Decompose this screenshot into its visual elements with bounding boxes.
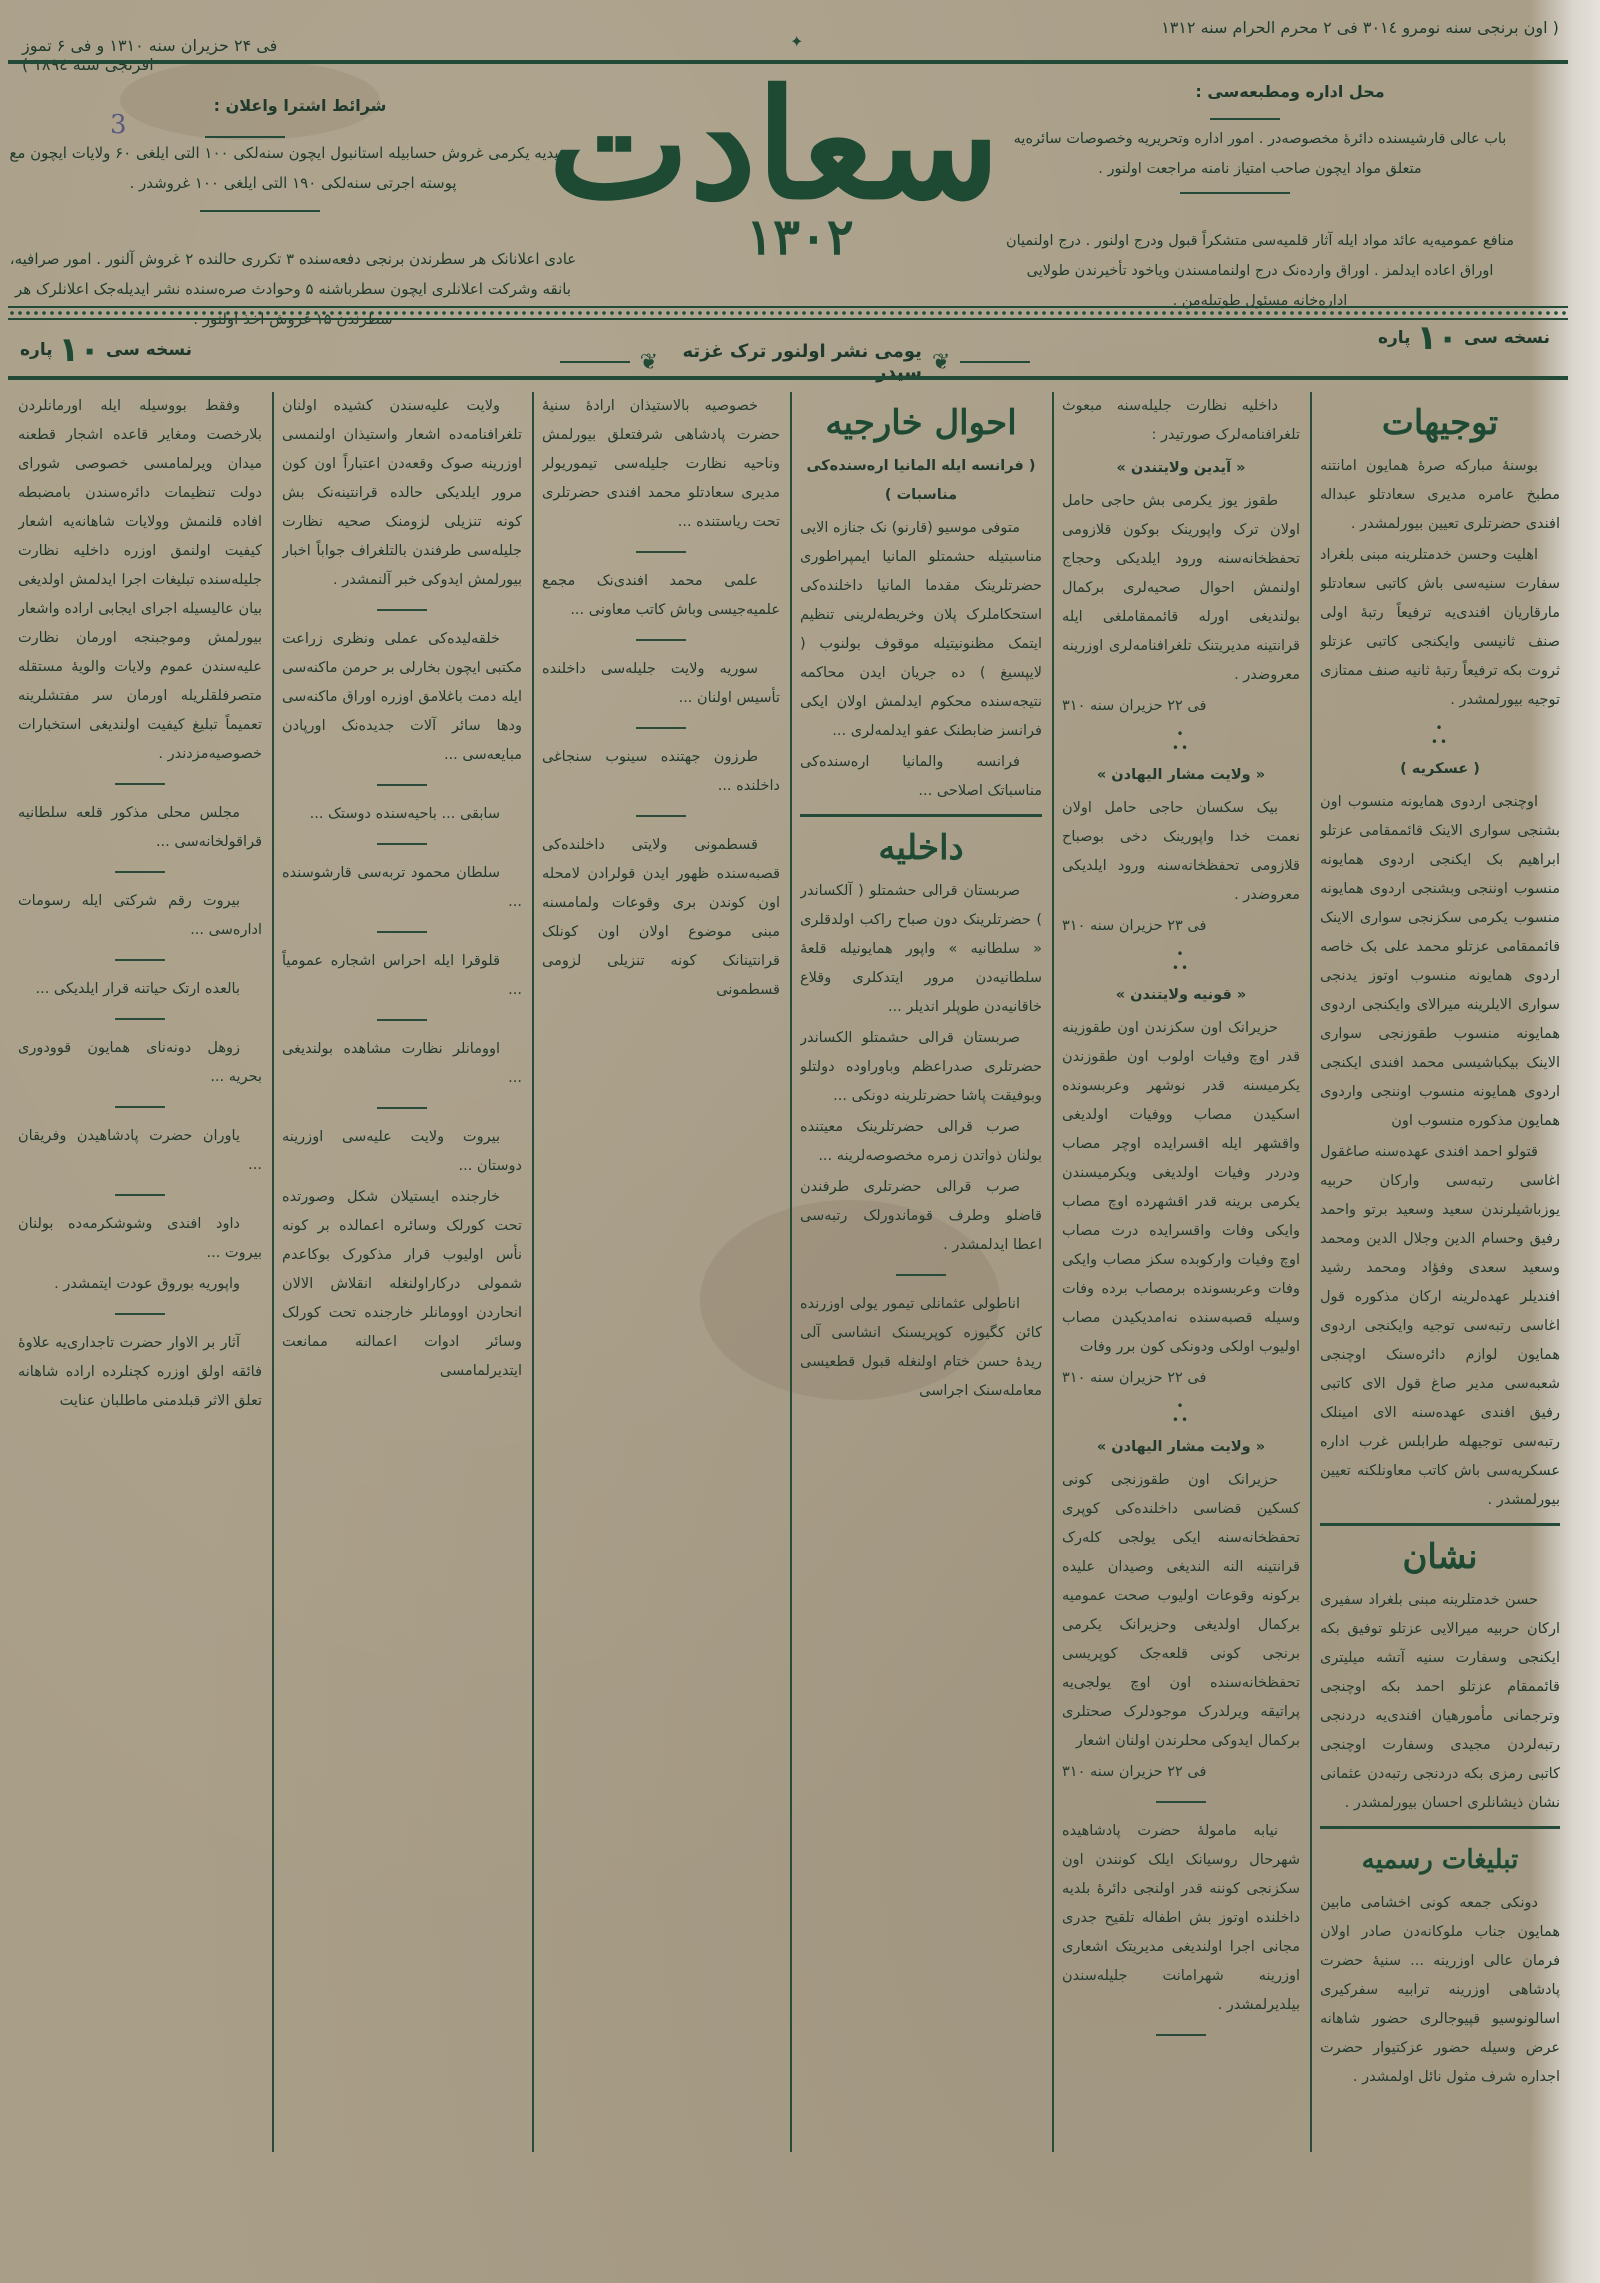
floral-ornament-icon: ❦: [640, 350, 658, 375]
date-line-gregorian: فی ۲۴ حزیران سنه ۱۳۱۰ و فی ۶ تموز افرنجی…: [22, 36, 292, 74]
administration-address: باب عالی قارشیسنده دائرهٔ مخصوصه‌در . ام…: [1000, 124, 1520, 184]
subheading-province: « ولایت مشار الیهادن »: [1062, 761, 1300, 790]
newspaper-name: سعادت: [600, 60, 1000, 230]
section-rule: [800, 814, 1042, 817]
column-divider: [1052, 392, 1054, 2152]
submission-policy: منافع عمومیه‌یه عائد مواد ایله آثار قلمی…: [1000, 226, 1520, 316]
divider: [115, 1018, 165, 1020]
divider: [377, 1019, 427, 1021]
column-divider: [532, 392, 534, 2152]
article-paragraph: بیروت رقم شرکتی ایله رسومات اداره‌سی ...: [18, 887, 262, 945]
article-paragraph: ولایت علیه‌سندن کشیده اولنان تلغرافنامه‌…: [282, 392, 522, 595]
divider: [115, 959, 165, 961]
divider: [115, 783, 165, 785]
article-paragraph: بالعده ارتک حیاتنه قرار ایلدیکی ...: [18, 975, 262, 1004]
divider: [377, 931, 427, 933]
divider: [115, 871, 165, 873]
article-paragraph: قتولو احمد افندی عهده‌سنه صاغقول اغاسی ر…: [1320, 1138, 1560, 1515]
dotted-border: [8, 306, 1568, 320]
ornament-divider: [200, 210, 320, 212]
article-paragraph: خارجنده ایستیلان شکل وصورتده تحت کورلک و…: [282, 1183, 522, 1386]
article-paragraph: سلطان محمود تربه‌سی قارشوسنده ...: [282, 859, 522, 917]
divider: [1210, 118, 1280, 120]
divider: [377, 843, 427, 845]
column-divider: [790, 392, 792, 2152]
divider: [1156, 1801, 1206, 1803]
ornament-divider: [1180, 192, 1290, 194]
section-title-decorations: نشان: [1320, 1534, 1560, 1580]
column-news-5: ولایت علیه‌سندن کشیده اولنان تلغرافنامه‌…: [282, 392, 522, 2172]
article-paragraph: اوومانلر نظارت مشاهده بولندیغی ...: [282, 1035, 522, 1093]
handwritten-mark: 3: [110, 110, 127, 140]
administration-title: محل اداره ومطبعه‌سی :: [1180, 82, 1400, 101]
divider: [896, 1274, 946, 1276]
article-paragraph: فرانسه والمانیا اره‌سنده‌کی مناسباتک اصل…: [800, 748, 1042, 806]
column-telegrams: داخلیه نظارت جلیله‌سنه مبعوث تلغرافنامه‌…: [1062, 392, 1300, 2172]
divider: [115, 1194, 165, 1196]
price-unit: پاره: [20, 340, 53, 360]
subheading-province: « ولایت مشار الیهادن »: [1062, 1433, 1300, 1462]
article-paragraph: طرزون جهتنده سینوب سنجاغی داخلنده ...: [542, 743, 780, 801]
dateline: فی ۲۲ حزیران سنه ۳۱۰: [1062, 1364, 1300, 1393]
divider: [377, 609, 427, 611]
article-intro: داخلیه نظارت جلیله‌سنه مبعوث تلغرافنامه‌…: [1062, 392, 1300, 450]
subscription-title: شرائط اشترا واعلان :: [190, 96, 410, 115]
price-unit: پاره: [1378, 328, 1411, 348]
divider: [377, 1107, 427, 1109]
divider: [377, 784, 427, 786]
column-divider: [1310, 392, 1312, 2152]
article-paragraph: حسن خدمتلرینه مبنی بلغراد سفیری ارکان حر…: [1320, 1586, 1560, 1818]
section-title-appointments: توجیهات: [1320, 400, 1560, 446]
article-paragraph: بیروت ولایت علیه‌سی اوزرینه دوستان ...: [282, 1123, 522, 1181]
subheading-france-germany: ( فرانسه ایله المانیا اره‌سنده‌کی مناسبا…: [800, 452, 1042, 510]
article-paragraph: وفقط بووسیله ایله اورمانلردن بلارخصت ومغ…: [18, 392, 262, 769]
section-title-domestic: داخلیه: [800, 825, 1042, 871]
article-paragraph: نیابه مامولهٔ حضرت پادشاهیده شهرحال روسی…: [1062, 1817, 1300, 2020]
floral-ornament-icon: ❦: [932, 350, 950, 375]
subheading-province: « قونیه ولایتندن »: [1062, 981, 1300, 1010]
newspaper-page: فی ۲۴ حزیران سنه ۱۳۱۰ و فی ۶ تموز افرنجی…: [0, 0, 1600, 2283]
subscription-rates: مجیدیه یکرمی غروش حسابیله استانبول ایچون…: [8, 138, 578, 198]
article-paragraph: یاوران حضرت پادشاهیدن وفریقان ...: [18, 1122, 262, 1180]
price-number: ۱۰: [1416, 318, 1458, 358]
star-ornament-icon: •••: [1062, 1399, 1300, 1427]
article-paragraph: زوهل دونه‌نای همایون قوودوری بحریه ...: [18, 1034, 262, 1092]
article-paragraph: مجلس محلی مذکور قلعه سلطانیه قراقولخانه‌…: [18, 799, 262, 857]
article-paragraph: اناطولی عثمانلی تیمور یولی اوزرنده کائن …: [800, 1290, 1042, 1406]
article-paragraph: متوفی موسیو (قارنو) نک جنازه الایی مناسب…: [800, 514, 1042, 746]
header-bottom-rule: [8, 376, 1568, 380]
dateline: فی ۲۳ حزیران سنه ۳۱۰: [1062, 912, 1300, 941]
advertising-rates: عادی اعلانانک هر سطرندن برنجی دفعه‌سنده …: [8, 244, 578, 334]
article-paragraph: دونکی جمعه کونی اخشامی مابین همایون جناب…: [1320, 1889, 1560, 2092]
article-paragraph: آثار بر الاوار حضرت تاجداری‌یه علاوهٔ فا…: [18, 1329, 262, 1416]
subheading-military: ( عسکریه ): [1320, 755, 1560, 784]
star-ornament-icon: •••: [1062, 947, 1300, 975]
article-paragraph: بوسنهٔ مبارکه صرهٔ همایون امانتنه مطبخ ع…: [1320, 452, 1560, 539]
article-paragraph: سوریه ولایت جلیله‌سی داخلنده تأسیس اولنا…: [542, 655, 780, 713]
price-label: نسخه سی: [1464, 328, 1550, 348]
section-title-official-notices: تبلیغات رسمیه: [1320, 1837, 1560, 1883]
section-rule: [1320, 1523, 1560, 1526]
article-paragraph: اهلیت وحسن خدمتلرینه مبنی بلغراد سفارت س…: [1320, 541, 1560, 715]
divider: [560, 361, 630, 363]
article-paragraph: واپوریه بوروق عودت ایتمشدر .: [18, 1270, 262, 1299]
article-paragraph: حزیرانک اون سکزندن اون طقوزینه قدر اوچ و…: [1062, 1014, 1300, 1362]
article-paragraph: طقوز یوز یکرمی بش حاجی حامل اولان ترک وا…: [1062, 487, 1300, 690]
divider: [636, 727, 686, 729]
dateline: فی ۲۲ حزیران سنه ۳۱۰: [1062, 692, 1300, 721]
price-number: ۱۰: [59, 330, 101, 370]
price-right: نسخه سی ۱۰ پاره: [1378, 318, 1550, 358]
article-paragraph: قلوقرا ایله احراس اشجاره عمومیاً ...: [282, 947, 522, 1005]
column-news-6: وفقط بووسیله ایله اورمانلردن بلارخصت ومغ…: [18, 392, 262, 2172]
subheading-province: « آیدین ولایتندن »: [1062, 454, 1300, 483]
column-foreign-domestic: احوال خارجیه ( فرانسه ایله المانیا اره‌س…: [800, 392, 1042, 2172]
article-paragraph: بیک سکسان حاجی حامل اولان نعمت خدا واپور…: [1062, 794, 1300, 910]
section-rule: [1320, 1826, 1560, 1829]
article-paragraph: خصوصیه بالاستیذان ارادهٔ سنیهٔ حضرت پادش…: [542, 392, 780, 537]
article-paragraph: خلقه‌لیده‌کی عملی ونظری زراعت مکتبی ایچو…: [282, 625, 522, 770]
masthead: سعادت ۱۳۰۲: [600, 60, 1000, 280]
column-news-4: خصوصیه بالاستیذان ارادهٔ سنیهٔ حضرت پادش…: [542, 392, 780, 2172]
article-paragraph: صربستان قرالی حشمتلو الکساندر حضرتلری صد…: [800, 1024, 1042, 1111]
divider: [636, 551, 686, 553]
article-paragraph: صرب قرالی حضرتلرینک معیتنده بولنان ذواتد…: [800, 1113, 1042, 1171]
divider: [115, 1106, 165, 1108]
divider: [636, 815, 686, 817]
divider: [636, 639, 686, 641]
price-left: نسخه سی ۱۰ پاره: [20, 330, 192, 370]
article-paragraph: قسطمونی ولایتی داخلنده‌کی قصبه‌سنده ظهور…: [542, 831, 780, 1005]
column-divider: [272, 392, 274, 2152]
star-ornament-icon: ✦: [790, 32, 803, 51]
divider: [115, 1313, 165, 1315]
section-title-foreign-news: احوال خارجیه: [800, 400, 1042, 446]
star-ornament-icon: •••: [1062, 727, 1300, 755]
star-ornament-icon: •••: [1320, 721, 1560, 749]
article-paragraph: علمی محمد افندی‌نک مجمع علمیه‌جیسی وباش …: [542, 567, 780, 625]
article-paragraph: داود افندی وشوشکرمه‌ده بولنان بیروت ...: [18, 1210, 262, 1268]
article-paragraph: صربستان قرالی حشمتلو ( آلکساندر ) حضرتلر…: [800, 877, 1042, 1022]
date-line-issue: ( اون برنجی سنه نومرو ۳۰۱٤ فی ۲ محرم الح…: [1150, 18, 1570, 37]
price-label: نسخه سی: [106, 340, 192, 360]
article-paragraph: اوچنجی اردوی همایونه منسوب اون بشنجی سوا…: [1320, 788, 1560, 1136]
divider: [1156, 2034, 1206, 2036]
article-paragraph: سابقی ... باحیه‌سنده دوستک ...: [282, 800, 522, 829]
article-paragraph: صرب قرالی حضرتلری طرفندن قاضلو وطرف قوما…: [800, 1173, 1042, 1260]
column-appointments: توجیهات بوسنهٔ مبارکه صرهٔ همایون امانتن…: [1320, 392, 1560, 2172]
dateline: فی ۲۲ حزیران سنه ۳۱۰: [1062, 1758, 1300, 1787]
article-paragraph: حزیرانک اون طقوزنجی کونی کسکین قضاسی داخ…: [1062, 1466, 1300, 1756]
divider: [960, 361, 1030, 363]
